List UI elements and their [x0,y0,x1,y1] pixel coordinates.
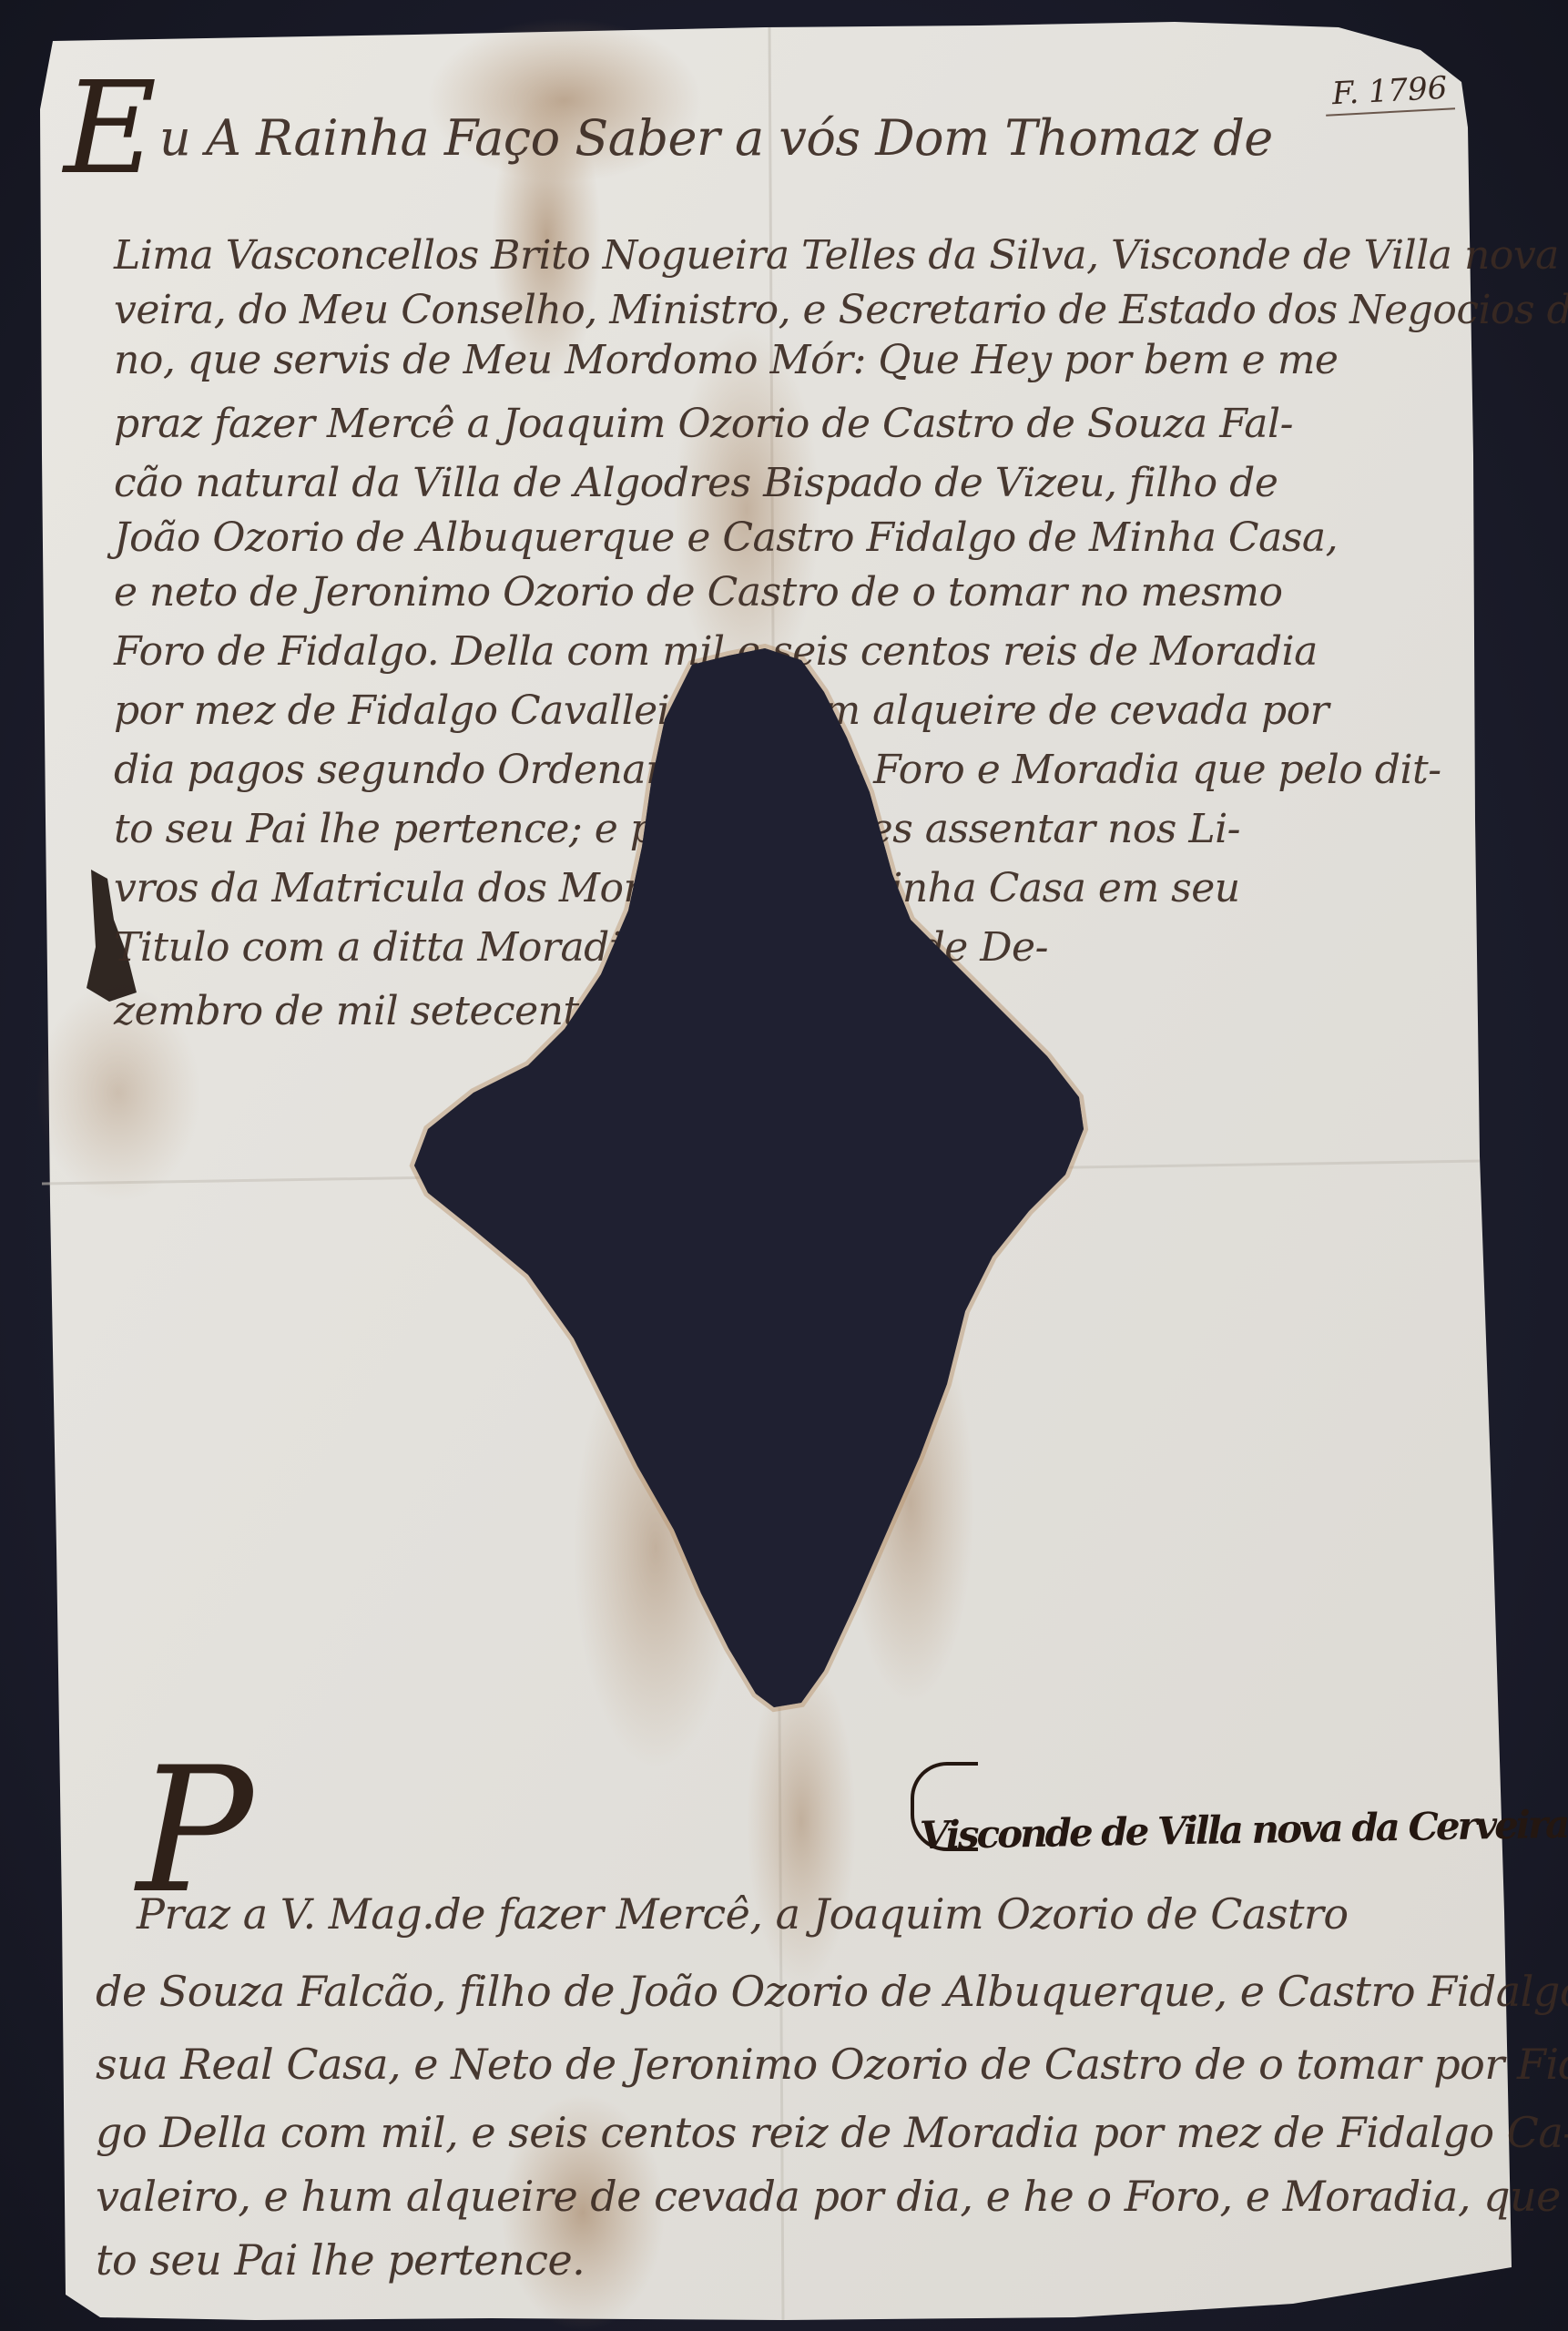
text-line: to seu Pai lhe pertence. [96,2235,585,2285]
manuscript-paper: F. 1796 E u A Rainha Faço Saber a vós Do… [0,0,1568,2331]
text-line: valeiro, e hum alqueire de cevada por di… [96,2172,1568,2221]
text-line: go Della com mil, e seis centos reiz de … [96,2108,1568,2157]
text-line: sua Real Casa, e Neto de Jeronimo Ozorio… [96,2040,1568,2089]
text-line: Praz a V. Mag.de fazer Mercê, a Joaquim … [137,1889,1349,1939]
text-line: de Souza Falcão, filho de João Ozorio de… [96,1967,1568,2016]
